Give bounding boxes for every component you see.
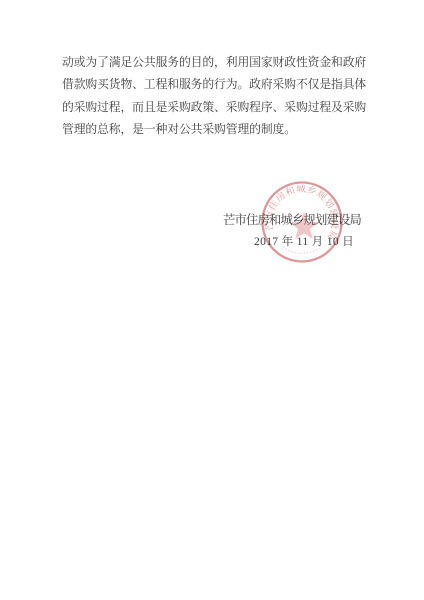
body-line: 借款购买货物、工程和服务的行为。政府采购不仅是指具体	[62, 73, 370, 95]
official-seal-stamp: 芒市住房和城乡规划建设局 *************	[252, 172, 352, 272]
document-page: 动或为了满足公共服务的目的，利用国家财政性资金和政府 借款购买货物、工程和服务的…	[0, 0, 424, 600]
body-line: 的采购过程，而且是采购政策、采购程序、采购过程及采购	[62, 96, 370, 118]
seal-code-marks: *************	[281, 246, 322, 256]
seal-star-icon	[290, 212, 319, 239]
body-line: 动或为了满足公共服务的目的，利用国家财政性资金和政府	[62, 51, 370, 73]
body-line: 管理的总称，是一种对公共采购管理的制度。	[62, 118, 370, 140]
body-paragraph: 动或为了满足公共服务的目的，利用国家财政性资金和政府 借款购买货物、工程和服务的…	[62, 51, 370, 141]
svg-text:*************: *************	[281, 246, 322, 256]
